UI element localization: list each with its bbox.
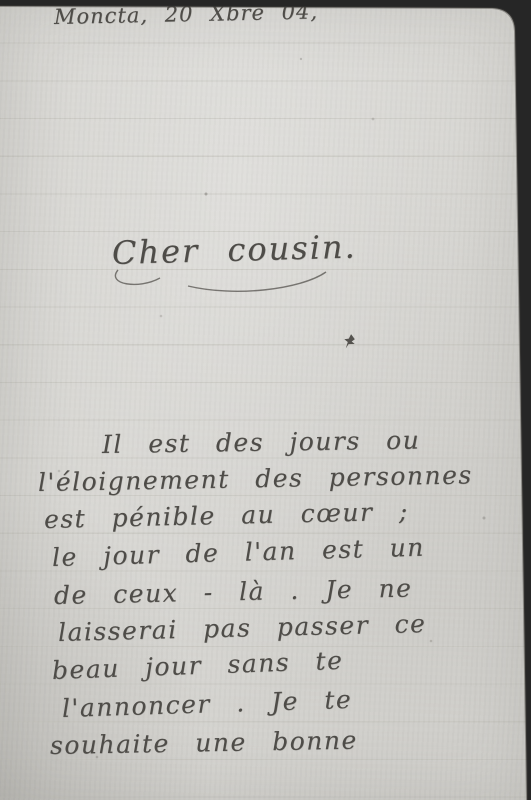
body-line: souhaite une bonne	[50, 726, 358, 760]
body-line: Il est des jours ou	[102, 426, 421, 459]
paper-specks	[0, 0, 2, 2]
scanned-letter-page: Moncta, 20 Xbre 04, Cher cousin. Il est …	[0, 0, 531, 800]
letter-salutation: Cher cousin.	[112, 228, 358, 272]
